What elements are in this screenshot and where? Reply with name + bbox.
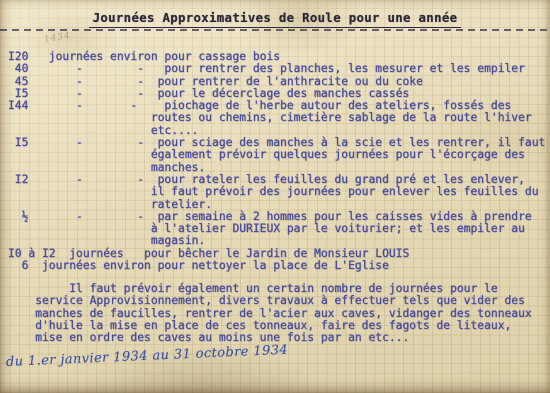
closing-paragraph: Il faut prévoir également un certain nom…: [8, 283, 532, 344]
pencil-annotation: 1434: [43, 31, 71, 45]
paragraph-line: service Approvisionnement, divers travau…: [8, 295, 532, 307]
title-row: Journées Approximatives de Roule pour un…: [0, 7, 550, 28]
typed-line: ratelier.: [8, 199, 545, 211]
document-title: Journées Approximatives de Roule pour un…: [89, 10, 462, 28]
handwritten-date-note: du 1.er janvier 1934 au 31 octobre 1934: [6, 343, 289, 370]
document-page: Journées Approximatives de Roule pour un…: [0, 0, 550, 393]
typed-body: I20 journées environ pour cassage bois 4…: [8, 51, 545, 272]
typed-line: 40 - - pour rentrer des planches, les me…: [8, 63, 545, 75]
typed-line: il faut prévoir des journées pour enleve…: [8, 186, 545, 198]
typed-line: magasin.: [8, 235, 545, 247]
typed-line: également prévoir quelques journées pour…: [8, 149, 545, 161]
dashed-underline-rule: [0, 29, 550, 31]
typed-line: 6 journées environ pour nettoyer la plac…: [8, 260, 545, 272]
typed-line: routes ou chemins, cimetière sablage de …: [8, 112, 545, 124]
